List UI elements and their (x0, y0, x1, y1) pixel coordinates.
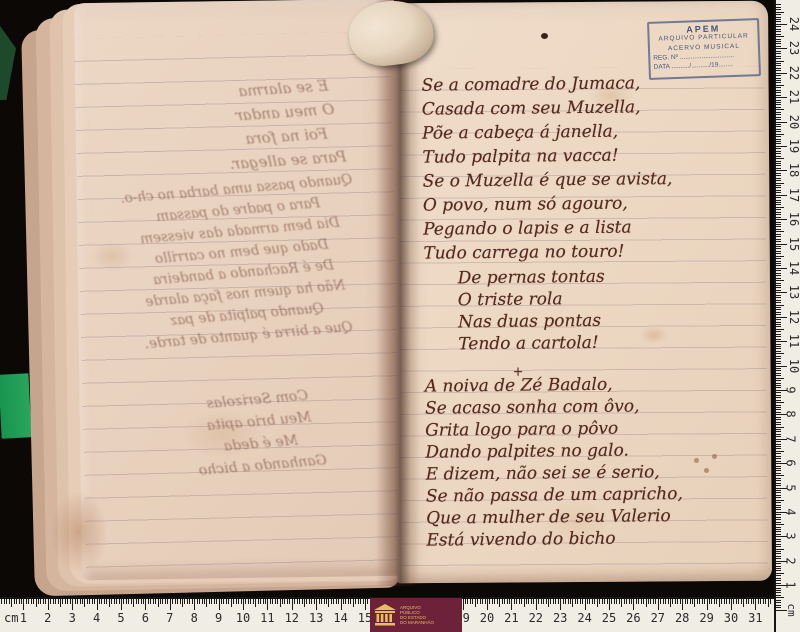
vruler-tick (776, 363, 781, 364)
vruler-tick (776, 434, 781, 435)
bleedthrough-text: E se alarmaO meu andarFoi na foraPara se… (74, 0, 394, 3)
hruler-tick (160, 599, 161, 604)
hruler-tick (577, 599, 578, 604)
hruler-tick (4, 599, 5, 604)
vruler-tick (776, 588, 781, 589)
vruler-number: 20 (787, 114, 800, 128)
hruler-tick (646, 599, 647, 607)
vruler-tick (776, 341, 787, 342)
vruler-number: 15 (787, 236, 800, 250)
vruler-tick (776, 68, 781, 69)
vruler-tick (776, 287, 781, 288)
vruler-tick (776, 590, 781, 591)
hruler-tick (65, 599, 66, 604)
vruler-tick (776, 234, 781, 235)
hruler-tick (638, 599, 639, 604)
vruler-tick (776, 575, 781, 576)
hruler-tick (21, 599, 22, 604)
vruler-tick (776, 63, 781, 64)
vruler-tick (776, 529, 781, 530)
vruler-tick (776, 175, 781, 176)
logo-text: ARQUIVO PÚBLICO DO ESTADO DO MARANHÃO (400, 605, 434, 625)
hruler-tick (121, 599, 122, 610)
vruler-number: 7 (784, 435, 798, 442)
vruler-tick (776, 353, 784, 354)
hruler-tick (309, 599, 310, 604)
hruler-tick (48, 599, 49, 610)
vruler-tick (776, 302, 781, 303)
vruler-tick (776, 356, 781, 357)
vruler-tick (776, 192, 781, 193)
vruler-tick (776, 544, 781, 545)
vruler-number: 4 (784, 508, 798, 515)
hruler-tick (470, 599, 471, 604)
hruler-tick (731, 599, 732, 610)
vruler-tick (776, 21, 781, 22)
vruler-tick (776, 222, 781, 223)
vruler-tick (776, 407, 781, 408)
hruler-tick (548, 599, 549, 607)
hruler-tick (263, 599, 264, 604)
hruler-tick (753, 599, 754, 604)
vruler-number: 13 (787, 285, 800, 299)
hruler-tick (716, 599, 717, 604)
hruler-tick (653, 599, 654, 604)
vruler-tick (776, 324, 781, 325)
hruler-tick (721, 599, 722, 604)
hruler-number: 24 (577, 611, 591, 625)
hruler-tick (84, 599, 85, 607)
hruler-tick (28, 599, 29, 604)
hruler-tick (275, 599, 276, 604)
vruler-tick (776, 424, 781, 425)
vruler-tick (776, 370, 781, 371)
hruler-tick (770, 599, 771, 604)
hruler-tick (736, 599, 737, 604)
vruler-number: 9 (784, 386, 798, 393)
vruler-tick (776, 395, 781, 396)
vruler-tick (776, 524, 784, 525)
vruler-tick (776, 409, 781, 410)
hruler-tick (677, 599, 678, 604)
hruler-tick (668, 599, 669, 604)
poem-line: Casada com seu Muzella, (422, 94, 742, 121)
vruler-tick (776, 34, 781, 35)
vruler-tick (776, 217, 781, 218)
vruler-tick (776, 451, 784, 452)
green-support-corner (0, 26, 16, 100)
hruler-tick (126, 599, 127, 604)
hruler-tick (528, 599, 529, 604)
hruler-tick (531, 599, 532, 604)
left-page: E se alarmaO meu andarFoi na foraPara se… (74, 0, 402, 580)
hruler-tick (338, 599, 339, 604)
hruler-tick (672, 599, 673, 604)
hruler-tick (536, 599, 537, 610)
vruler-tick (776, 246, 781, 247)
vruler-tick (776, 453, 781, 454)
hruler-tick (260, 599, 261, 604)
hruler-tick (768, 599, 769, 607)
hruler-tick (182, 599, 183, 607)
vruler-tick (776, 275, 781, 276)
vruler-tick (776, 70, 781, 71)
vruler-tick (776, 100, 781, 101)
hruler-tick (177, 599, 178, 604)
vruler-tick (776, 344, 781, 345)
vruler-tick (776, 224, 781, 225)
vruler-tick (776, 522, 781, 523)
hruler-tick (680, 599, 681, 604)
hruler-tick (726, 599, 727, 604)
hruler-tick (692, 599, 693, 604)
hruler-tick (467, 599, 468, 604)
hruler-tick (97, 599, 98, 610)
hruler-tick (616, 599, 617, 604)
vruler-tick (776, 317, 787, 318)
vruler-tick (776, 29, 781, 30)
vruler-tick (776, 51, 781, 52)
hruler-tick (704, 599, 705, 604)
hruler-tick (116, 599, 117, 604)
vruler-tick (776, 56, 781, 57)
poem-line: Põe a cabeça á janella, (422, 118, 742, 145)
ruler-logo-patch: ARQUIVO PÚBLICO DO ESTADO DO MARANHÃO (370, 598, 462, 632)
vruler-tick (776, 183, 784, 184)
hruler-tick (209, 599, 210, 604)
vruler-tick (776, 305, 784, 306)
vruler-tick (776, 458, 781, 459)
vruler-tick (776, 475, 784, 476)
hruler-tick (23, 599, 24, 610)
hruler-tick (270, 599, 271, 604)
hruler-tick (133, 599, 134, 607)
hruler-tick (546, 599, 547, 604)
hruler-tick (751, 599, 752, 604)
vruler-number: 19 (787, 139, 800, 153)
hruler-tick (663, 599, 664, 604)
vruler-tick (776, 473, 781, 474)
hruler-tick (302, 599, 303, 604)
hruler-tick (153, 599, 154, 604)
hruler-tick (40, 599, 41, 604)
hruler-tick (333, 599, 334, 604)
hruler-tick (485, 599, 486, 604)
vruler-tick (776, 322, 781, 323)
vruler-tick (776, 329, 784, 330)
vruler-tick (776, 53, 781, 54)
vruler-tick (776, 270, 781, 271)
vruler-number: 8 (784, 411, 798, 418)
hruler-tick (304, 599, 305, 607)
vruler-tick (776, 551, 781, 552)
hruler-tick (109, 599, 110, 607)
stamp-data-line: DATA ........../........../19........ (653, 60, 755, 71)
hruler-tick (328, 599, 329, 607)
vruler-tick (776, 229, 781, 230)
hruler-tick (58, 599, 59, 604)
hruler-tick (521, 599, 522, 604)
hruler-tick (43, 599, 44, 604)
vruler-tick (776, 14, 781, 15)
vruler-tick (776, 114, 781, 115)
hruler-tick (558, 599, 559, 604)
vruler-tick (776, 253, 781, 254)
hruler-tick (226, 599, 227, 604)
hruler-tick (82, 599, 83, 604)
hruler-tick (80, 599, 81, 604)
vruler-number: 10 (787, 358, 800, 372)
hruler-number: 7 (166, 611, 173, 625)
hruler-tick (499, 599, 500, 607)
logo-text-line: DO MARANHÃO (400, 620, 434, 625)
vruler-tick (776, 231, 784, 232)
hruler-tick (599, 599, 600, 604)
vruler-tick (776, 75, 781, 76)
vruler-tick (776, 556, 781, 557)
vruler-tick (776, 24, 787, 25)
hruler-tick (128, 599, 129, 604)
vruler-tick (776, 151, 781, 152)
vruler-tick (776, 283, 781, 284)
vruler-tick (776, 346, 781, 347)
vruler-tick (776, 107, 781, 108)
hruler-tick (699, 599, 700, 604)
vruler-tick (776, 448, 781, 449)
vruler-tick (776, 12, 784, 13)
vruler-tick (776, 402, 784, 403)
stain (180, 408, 264, 460)
ink-blot (541, 33, 548, 39)
hruler-tick (709, 599, 710, 604)
hruler-number: 20 (480, 611, 494, 625)
poem-line: De pernas tontas (458, 264, 744, 289)
hruler-tick (341, 599, 342, 610)
hruler-tick (60, 599, 61, 607)
hruler-number: 25 (602, 611, 616, 625)
poem-stanza-3: A noiva de Zé Badalo,Se acaso sonha com … (425, 372, 747, 551)
vruler-tick (776, 461, 781, 462)
vruler-tick (776, 17, 781, 18)
hruler-tick (553, 599, 554, 604)
vruler-tick (776, 405, 781, 406)
hruler-tick (36, 599, 37, 607)
hruler-tick (123, 599, 124, 604)
vruler-tick (776, 509, 781, 510)
insertion-caret-mark: + (513, 362, 524, 384)
hruler-number: 9 (215, 611, 222, 625)
vruler-tick (776, 58, 781, 59)
hruler-tick (131, 599, 132, 604)
vruler-tick (776, 187, 781, 188)
hruler-tick (592, 599, 593, 604)
vruler-tick (776, 378, 784, 379)
hruler-tick (87, 599, 88, 604)
vruler-tick (776, 431, 781, 432)
vruler-tick (776, 446, 781, 447)
hruler-tick (560, 599, 561, 610)
vruler-tick (776, 485, 781, 486)
vruler-tick (776, 168, 781, 169)
vruler-tick (776, 263, 781, 264)
vruler-tick (776, 331, 781, 332)
hruler-tick (477, 599, 478, 604)
vruler-tick (776, 204, 781, 205)
hruler-tick (321, 599, 322, 604)
hruler-tick (233, 599, 234, 604)
hruler-tick (255, 599, 256, 607)
bleedthrough-group: E se alarmaO meu andarFoi na foraPara se… (183, 70, 389, 179)
hruler-tick (516, 599, 517, 604)
vruler-tick (776, 595, 781, 596)
hruler-tick (355, 599, 356, 604)
hruler-tick (533, 599, 534, 604)
vruler-tick (776, 602, 781, 603)
vruler-tick (776, 339, 781, 340)
hruler-number: 1 (20, 611, 27, 625)
hruler-tick (568, 599, 569, 604)
hruler-tick (45, 599, 46, 604)
vruler-tick (776, 248, 781, 249)
hruler-tick (489, 599, 490, 604)
hruler-tick (236, 599, 237, 604)
hruler-tick (289, 599, 290, 604)
hruler-tick (67, 599, 68, 604)
hruler-tick (360, 599, 361, 604)
vruler-tick (776, 200, 781, 201)
vruler-tick (776, 148, 781, 149)
hruler-tick (363, 599, 364, 604)
vruler-number: 17 (787, 187, 800, 201)
vruler-tick (776, 39, 781, 40)
vruler-tick (776, 483, 781, 484)
hruler-tick (480, 599, 481, 604)
vruler-tick (776, 505, 781, 506)
vruler-tick (776, 124, 781, 125)
poem-line: Tudo palpita na vacca! (422, 142, 742, 169)
vruler-tick (776, 129, 781, 130)
hruler-tick (158, 599, 159, 607)
vruler-tick (776, 348, 781, 349)
vruler-tick (776, 239, 781, 240)
hruler-tick (658, 599, 659, 610)
hruler-tick (277, 599, 278, 604)
hruler-tick (572, 599, 573, 607)
hruler-tick (487, 599, 488, 610)
hruler-tick (697, 599, 698, 604)
vruler-tick (776, 361, 781, 362)
vruler-tick (776, 468, 781, 469)
hruler-number: 28 (675, 611, 689, 625)
hruler-tick (70, 599, 71, 604)
hruler-tick (206, 599, 207, 607)
vruler-tick (776, 165, 781, 166)
hruler-tick (758, 599, 759, 604)
hruler-tick (643, 599, 644, 604)
hruler-tick (648, 599, 649, 604)
hruler-tick (746, 599, 747, 604)
vruler-tick (776, 190, 781, 191)
vruler-tick (776, 26, 781, 27)
hruler-number: 8 (191, 611, 198, 625)
hruler-tick (660, 599, 661, 604)
hruler-tick (33, 599, 34, 604)
vruler-tick (776, 95, 781, 96)
vruler-tick (776, 122, 787, 123)
hruler-tick (119, 599, 120, 604)
hruler-tick (104, 599, 105, 604)
hruler-tick (502, 599, 503, 604)
hruler-tick (682, 599, 683, 610)
hruler-tick (507, 599, 508, 604)
hruler-tick (165, 599, 166, 604)
vruler-tick (776, 436, 781, 437)
vruler-tick (776, 319, 781, 320)
vruler-tick (776, 156, 781, 157)
vruler-tick (776, 492, 781, 493)
vruler-tick (776, 136, 781, 137)
hruler-tick (106, 599, 107, 604)
vruler-tick (776, 470, 781, 471)
vruler-tick (776, 597, 784, 598)
hruler-number: 22 (529, 611, 543, 625)
vruler-tick (776, 570, 781, 571)
hruler-tick (241, 599, 242, 604)
vruler-tick (776, 380, 781, 381)
hruler-tick (314, 599, 315, 604)
hruler-tick (245, 599, 246, 604)
vruler-tick (776, 102, 781, 103)
hruler-tick (624, 599, 625, 604)
vruler-tick (776, 480, 781, 481)
hruler-tick (72, 599, 73, 610)
hruler-tick (492, 599, 493, 604)
hruler-tick (607, 599, 608, 604)
hruler-tick (214, 599, 215, 604)
vruler-tick (776, 19, 781, 20)
hruler-tick (763, 599, 764, 604)
hruler-number: 29 (699, 611, 713, 625)
hruler-tick (292, 599, 293, 610)
vruler-tick (776, 126, 781, 127)
poem-stanza-2: De pernas tontasO triste rolaNas duas po… (458, 264, 745, 355)
vruler-tick (776, 265, 781, 266)
hruler-tick (702, 599, 703, 604)
hruler-tick (111, 599, 112, 604)
hruler-tick (26, 599, 27, 604)
vruler-tick (776, 412, 781, 413)
hruler-tick (143, 599, 144, 604)
vruler-number: 1 (784, 581, 798, 588)
hruler-tick (180, 599, 181, 604)
vruler-tick (776, 290, 781, 291)
vruler-tick (776, 292, 787, 293)
vruler-tick (776, 314, 781, 315)
vruler-tick (776, 495, 781, 496)
hruler-tick (526, 599, 527, 604)
vruler-tick (776, 534, 781, 535)
vruler-tick (776, 541, 781, 542)
vruler-tick (776, 161, 781, 162)
hruler-tick (729, 599, 730, 604)
vruler-tick (776, 500, 784, 501)
vruler-number: 2 (784, 557, 798, 564)
vruler-tick (776, 392, 781, 393)
hruler-tick (170, 599, 171, 610)
vruler-tick (776, 607, 781, 608)
hruler-tick (614, 599, 615, 604)
vruler-tick (776, 207, 784, 208)
